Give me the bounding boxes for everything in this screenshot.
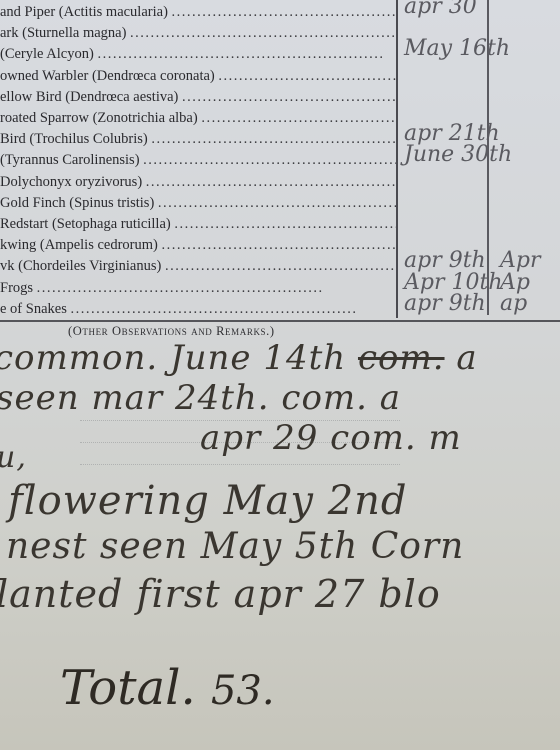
species-row: kwing (Ampelis cedrorum) ...............… <box>0 235 398 256</box>
leader-dots: ........................................… <box>158 195 398 211</box>
document-page: and Piper (Actitis macularia) ..........… <box>0 0 560 750</box>
leader-dots: ........................................… <box>143 152 398 168</box>
dotted-rule <box>80 464 400 466</box>
species-name: and Piper (Actitis macularia) <box>0 4 168 20</box>
remark-text: common. June 14th <box>0 338 346 378</box>
species-row: ark (Sturnella magna) ..................… <box>0 23 398 44</box>
remark-text: a <box>456 338 477 378</box>
leader-dots: ........................................… <box>37 280 324 296</box>
table-bottom-rule <box>0 320 560 322</box>
species-name: kwing (Ampelis cedrorum) <box>0 237 158 253</box>
remark-line-2: seen mar 24th. com. a <box>0 378 401 418</box>
total-value: 53. <box>211 668 275 714</box>
species-name: ark (Sturnella magna) <box>0 25 126 41</box>
species-row: Redstart (Setophaga ruticilla) .........… <box>0 214 398 235</box>
species-row: (Ceryle Alcyon) ........................… <box>0 44 398 65</box>
species-name: roated Sparrow (Zonotrichia alba) <box>0 110 198 126</box>
total-label: Total. <box>60 660 196 716</box>
column-rule-left <box>396 0 398 318</box>
leader-dots: ........................................… <box>174 216 398 232</box>
date-entry-second-column: ap <box>500 291 527 316</box>
species-row: e of Snakes ............................… <box>0 299 398 320</box>
leader-dots: ........................................… <box>182 89 398 105</box>
species-name: Frogs <box>0 280 33 296</box>
leader-dots: ........................................… <box>165 258 398 274</box>
species-row: Frogs ..................................… <box>0 278 398 299</box>
species-name: ellow Bird (Dendrœca aestiva) <box>0 89 178 105</box>
species-row: roated Sparrow (Zonotrichia alba) ......… <box>0 108 398 129</box>
species-row: Gold Finch (Spinus tristis) ............… <box>0 193 398 214</box>
leader-dots: ........................................… <box>172 4 398 20</box>
species-name: vk (Chordeiles Virginianus) <box>0 258 161 274</box>
species-name: Redstart (Setophaga ruticilla) <box>0 216 171 232</box>
species-row: owned Warbler (Dendrœca coronata) ......… <box>0 66 398 87</box>
leader-dots: ........................................… <box>130 25 398 41</box>
leader-dots: ........................................… <box>218 68 398 84</box>
species-name: owned Warbler (Dendrœca coronata) <box>0 68 215 84</box>
species-row: and Piper (Actitis macularia) ..........… <box>0 2 398 23</box>
date-entry: June 30th <box>404 142 512 167</box>
remark-line-7: lanted first apr 27 blo <box>0 572 441 616</box>
species-row: vk (Chordeiles Virginianus) ............… <box>0 256 398 277</box>
species-row: (Tyrannus Carolinensis) ................… <box>0 150 398 171</box>
leader-dots: ........................................… <box>161 237 398 253</box>
remark-struck-text: com. <box>358 338 445 378</box>
section-title: (Other Observations and Remarks.) <box>68 324 275 339</box>
remark-line-5: flowering May 2nd <box>8 478 408 524</box>
date-entry: apr 9th <box>404 291 486 316</box>
remark-line-4: u, <box>0 440 27 475</box>
species-name: (Tyrannus Carolinensis) <box>0 152 140 168</box>
species-name: Gold Finch (Spinus tristis) <box>0 195 154 211</box>
species-row: Dolychonyx oryzivorus) .................… <box>0 172 398 193</box>
remark-line-1: common. June 14th com. a <box>0 338 478 378</box>
leader-dots: ........................................… <box>151 131 398 147</box>
leader-dots: ........................................… <box>146 174 398 190</box>
total-entry: Total. 53. <box>60 660 275 716</box>
species-name: Dolychonyx oryzivorus) <box>0 174 142 190</box>
species-row: Bird (Trochilus Colubris) ..............… <box>0 129 398 150</box>
species-row: ellow Bird (Dendrœca aestiva) ..........… <box>0 87 398 108</box>
leader-dots: ........................................… <box>201 110 398 126</box>
leader-dots: ........................................… <box>97 46 384 62</box>
date-entry: apr 30 <box>404 0 477 19</box>
species-name: Bird (Trochilus Colubris) <box>0 131 148 147</box>
remark-line-6: nest seen May 5th Corn <box>6 526 464 567</box>
species-name: (Ceryle Alcyon) <box>0 46 94 62</box>
remark-line-3: apr 29 com. m <box>200 418 462 458</box>
species-name: e of Snakes <box>0 301 67 317</box>
leader-dots: ........................................… <box>70 301 357 317</box>
date-entry: May 16th <box>404 36 510 61</box>
